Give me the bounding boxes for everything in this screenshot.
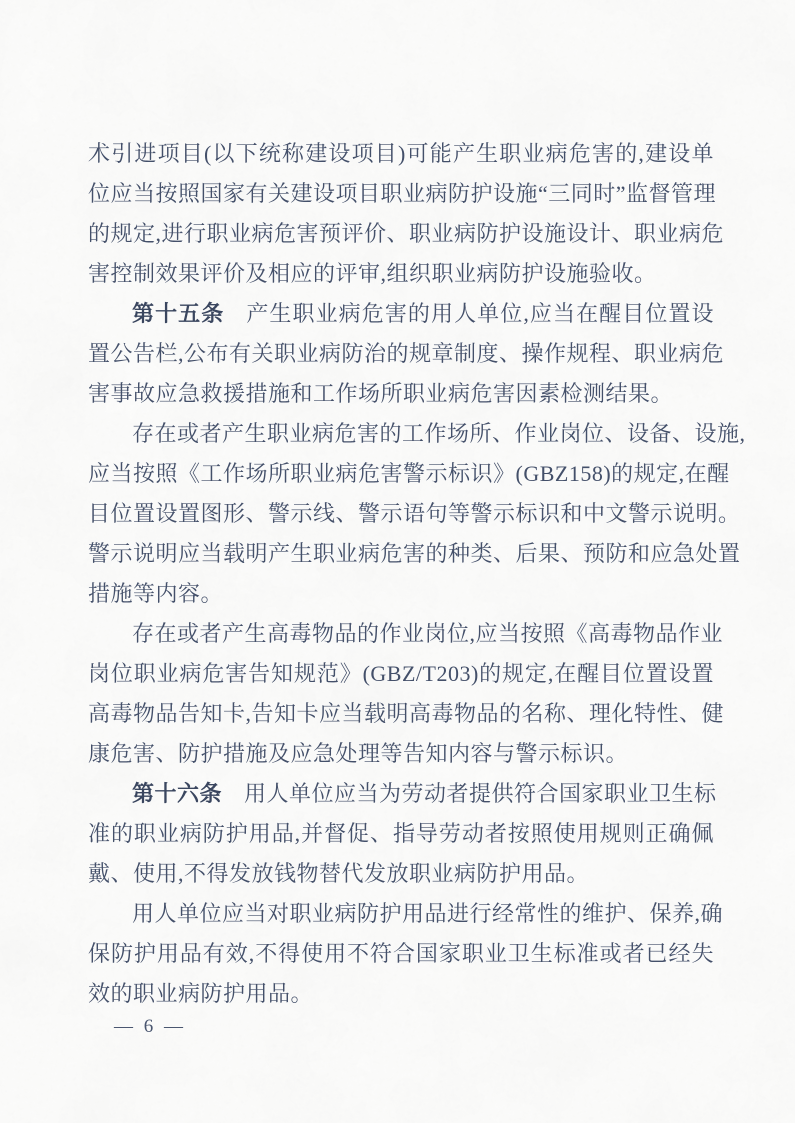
body-line: 效的职业病防护用品。 [88,974,714,1014]
line-text: 保防护用品有效,不得使用不符合国家职业卫生标准或者已经失 [88,941,714,966]
body-line-article-15: 第十五条产生职业病危害的用人单位,应当在醒目位置设 [88,294,714,334]
line-text: 用人单位应当为劳动者提供符合国家职业卫生标 [244,781,717,806]
line-text: 的规定,进行职业病危害预评价、职业病防护设施设计、职业病危 [88,221,724,246]
body-line: 戴、使用,不得发放钱物替代发放职业病防护用品。 [88,854,714,894]
body-line: 害控制效果评价及相应的评审,组织职业病防护设施验收。 [88,254,714,294]
body-line: 目位置设置图形、警示线、警示语句等警示标识和中文警示说明。 [88,494,714,534]
body-line-article-16: 第十六条用人单位应当为劳动者提供符合国家职业卫生标 [88,774,714,814]
line-text: 警示说明应当载明产生职业病危害的种类、后果、预防和应急处置 [88,541,741,566]
body-line: 位应当按照国家有关建设项目职业病防护设施“三同时”监督管理 [88,174,714,214]
line-text: 康危害、防护措施及应急处理等告知内容与警示标识。 [88,741,628,766]
body-line: 的规定,进行职业病危害预评价、职业病防护设施设计、职业病危 [88,214,714,254]
document-page: 术引进项目(以下统称建设项目)可能产生职业病危害的,建设单 位应当按照国家有关建… [0,0,795,1123]
line-text: 置公告栏,公布有关职业病防治的规章制度、操作规程、职业病危 [88,341,724,366]
body-line: 高毒物品告知卡,告知卡应当载明高毒物品的名称、理化特性、健 [88,694,714,734]
body-line: 保防护用品有效,不得使用不符合国家职业卫生标准或者已经失 [88,934,714,974]
line-text: 存在或者产生职业病危害的工作场所、作业岗位、设备、设施, [132,421,746,446]
body-line: 存在或者产生职业病危害的工作场所、作业岗位、设备、设施, [88,414,714,454]
body-line: 应当按照《工作场所职业病危害警示标识》(GBZ158)的规定,在醒 [88,454,714,494]
article-number-15: 第十五条 [132,301,224,326]
page-number: — 6 — [114,1012,186,1042]
line-text: 位应当按照国家有关建设项目职业病防护设施“三同时”监督管理 [88,181,716,206]
line-text: 术引进项目(以下统称建设项目)可能产生职业病危害的,建设单 [88,141,714,166]
line-text: 高毒物品告知卡,告知卡应当载明高毒物品的名称、理化特性、健 [88,701,724,726]
body-line: 术引进项目(以下统称建设项目)可能产生职业病危害的,建设单 [88,134,714,174]
line-text: 害事故应急救援措施和工作场所职业病危害因素检测结果。 [88,381,673,406]
body-line: 准的职业病防护用品,并督促、指导劳动者按照使用规则正确佩 [88,814,714,854]
line-text: 害控制效果评价及相应的评审,组织职业病防护设施验收。 [88,261,657,286]
body-line: 置公告栏,公布有关职业病防治的规章制度、操作规程、职业病危 [88,334,714,374]
line-text: 产生职业病危害的用人单位,应当在醒目位置设 [246,301,714,326]
body-line: 措施等内容。 [88,574,714,614]
article-number-16: 第十六条 [132,781,222,806]
line-text: 岗位职业病危害告知规范》(GBZ/T203)的规定,在醒目位置设置 [88,661,714,686]
body-line: 岗位职业病危害告知规范》(GBZ/T203)的规定,在醒目位置设置 [88,654,714,694]
body-line: 存在或者产生高毒物品的作业岗位,应当按照《高毒物品作业 [88,614,714,654]
line-text: 存在或者产生高毒物品的作业岗位,应当按照《高毒物品作业 [132,621,723,646]
body-line: 害事故应急救援措施和工作场所职业病危害因素检测结果。 [88,374,714,414]
line-text: 戴、使用,不得发放钱物替代发放职业病防护用品。 [88,861,589,886]
line-text: 应当按照《工作场所职业病危害警示标识》(GBZ158)的规定,在醒 [88,461,730,486]
body-line: 用人单位应当对职业病防护用品进行经常性的维护、保养,确 [88,894,714,934]
line-text: 措施等内容。 [88,581,223,606]
line-text: 效的职业病防护用品。 [88,981,313,1006]
document-body: 术引进项目(以下统称建设项目)可能产生职业病危害的,建设单 位应当按照国家有关建… [88,134,714,1014]
body-line: 康危害、防护措施及应急处理等告知内容与警示标识。 [88,734,714,774]
body-line: 警示说明应当载明产生职业病危害的种类、后果、预防和应急处置 [88,534,714,574]
line-text: 准的职业病防护用品,并督促、指导劳动者按照使用规则正确佩 [88,821,714,846]
line-text: 目位置设置图形、警示线、警示语句等警示标识和中文警示说明。 [88,501,741,526]
line-text: 用人单位应当对职业病防护用品进行经常性的维护、保养,确 [132,901,723,926]
